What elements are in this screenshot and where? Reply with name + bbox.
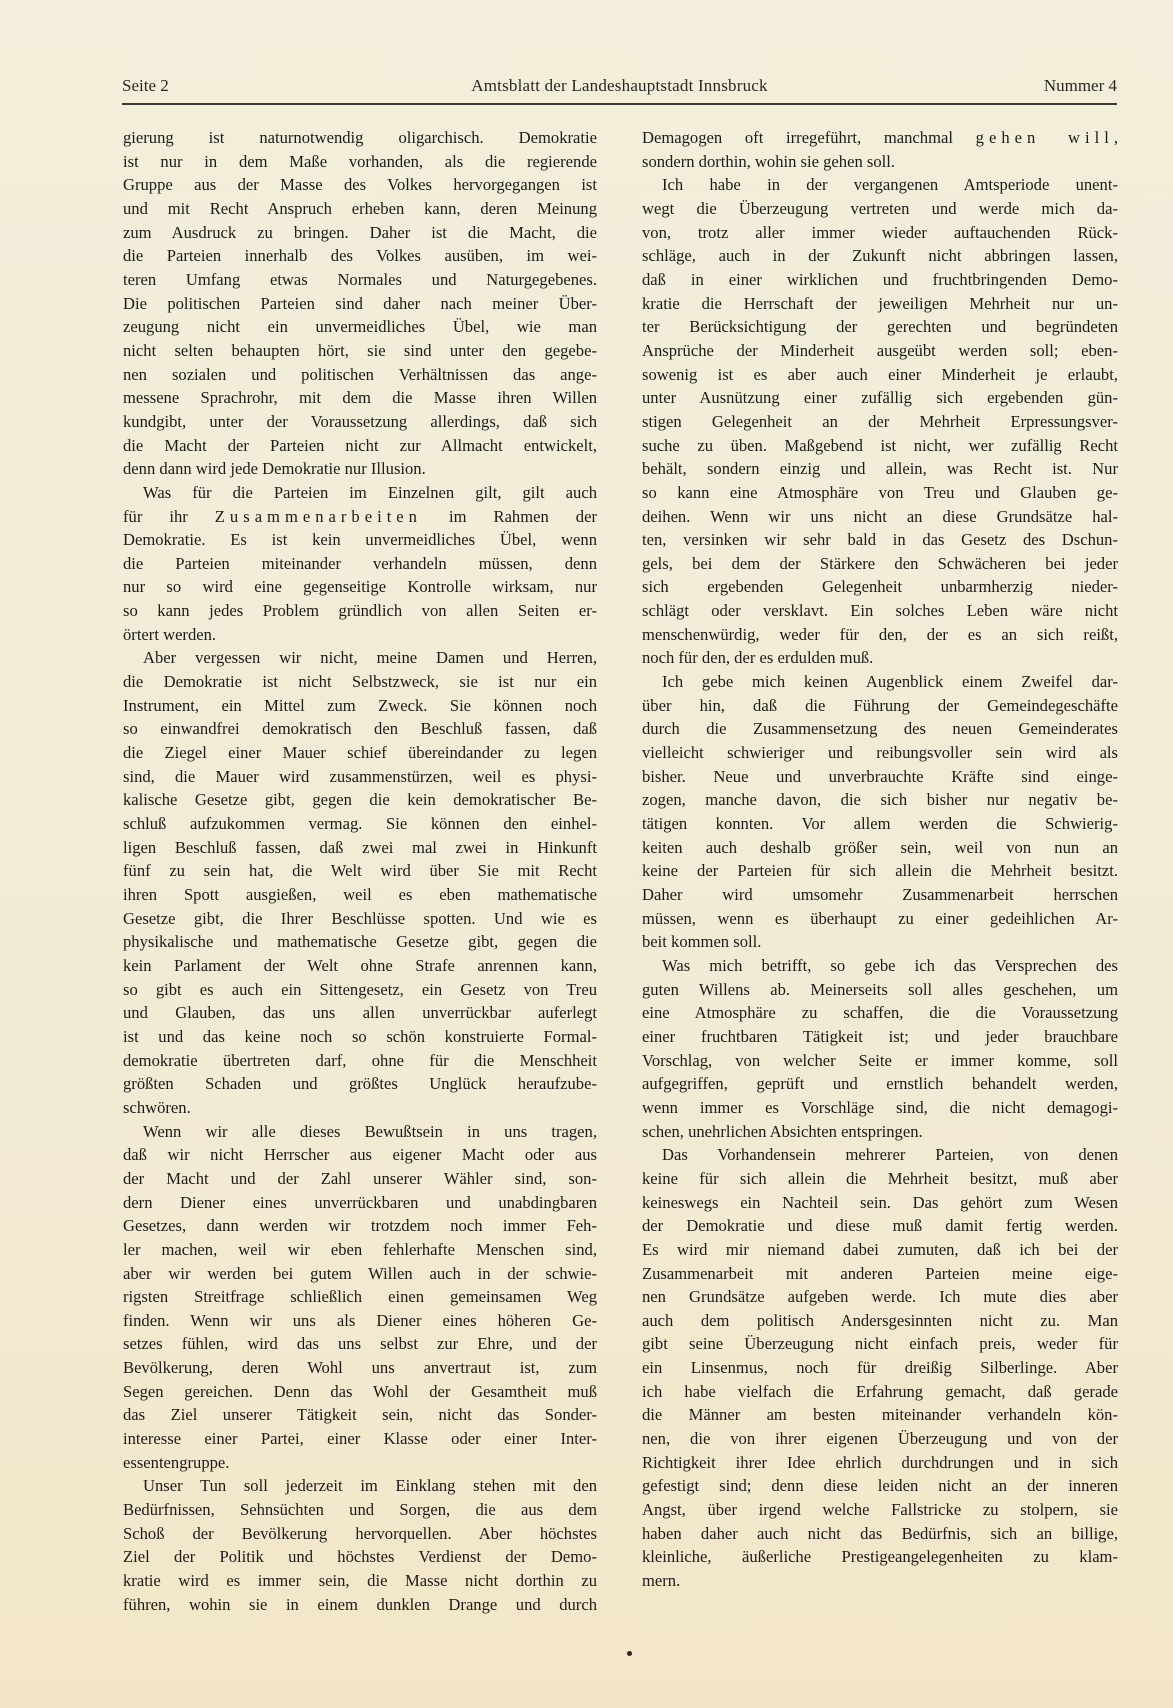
text-line: behält, sondern einzig und allein, was R… bbox=[642, 457, 1118, 481]
text-line: Wenn wir alle dieses Bewußtsein in uns t… bbox=[123, 1120, 597, 1144]
text-line: auch dem politisch Andersgesinnten nicht… bbox=[642, 1309, 1118, 1333]
text-line: ich habe vielfach die Erfahrung gemacht,… bbox=[642, 1380, 1118, 1404]
text-line: Was mich betrifft, so gebe ich das Versp… bbox=[642, 954, 1118, 978]
text-line: Die politischen Parteien sind daher nach… bbox=[123, 292, 597, 316]
text-line: Schoß der Bevölkerung hervorquellen. Abe… bbox=[123, 1522, 597, 1546]
text-line: guten Willens ab. Meinerseits soll alles… bbox=[642, 978, 1118, 1002]
text-line: zum Ausdruck zu bringen. Daher ist die M… bbox=[123, 221, 597, 245]
text-line: kratie die Herrschaft der jeweiligen Meh… bbox=[642, 292, 1118, 316]
text-line: noch für den, der es erdulden muß. bbox=[642, 646, 1118, 670]
text-line: schläge, auch in der Zukunft nicht abbri… bbox=[642, 244, 1118, 268]
text-line: kleinliche, äußerliche Prestigeangelegen… bbox=[642, 1545, 1118, 1569]
text-line: Gruppe aus der Masse des Volkes hervorge… bbox=[123, 173, 597, 197]
text-line: suche zu üben. Maßgebend ist nicht, wer … bbox=[642, 434, 1118, 458]
text-line: daß wir nicht Herrscher aus eigener Mach… bbox=[123, 1143, 597, 1167]
page-header: Seite 2 Amtsblatt der Landeshauptstadt I… bbox=[122, 72, 1117, 100]
text-line: Ansprüche der Minderheit ausgeübt werden… bbox=[642, 339, 1118, 363]
issue-number: Nummer 4 bbox=[1044, 76, 1117, 96]
text-line: Zusammenarbeit mit anderen Parteien mein… bbox=[642, 1262, 1118, 1286]
text-line: zogen, manche davon, die sich bisher nur… bbox=[642, 788, 1118, 812]
print-speck bbox=[627, 1651, 632, 1656]
text-line: fünf zu sein hat, die Welt wird über Sie… bbox=[123, 859, 597, 883]
text-line: demokratie übertreten darf, ohne für die… bbox=[123, 1049, 597, 1073]
text-line: die Macht der Parteien nicht zur Allmach… bbox=[123, 434, 597, 458]
text-line: teren Umfang etwas Normales und Naturgeg… bbox=[123, 268, 597, 292]
text-line: schluß aufzukommen vermag. Sie können de… bbox=[123, 812, 597, 836]
text-line: gierung ist naturnotwendig oligarchisch.… bbox=[123, 126, 597, 150]
text-line: ist nur in dem Maße vorhanden, als die r… bbox=[123, 150, 597, 174]
text-line: Bevölkerung, deren Wohl uns anvertraut i… bbox=[123, 1356, 597, 1380]
text-line: müssen, wenn es überhaupt zu einer gedei… bbox=[642, 907, 1118, 931]
text-line: ler machen, weil wir eben fehlerhafte Me… bbox=[123, 1238, 597, 1262]
text-line: nen sozialen und politischen Verhältniss… bbox=[123, 363, 597, 387]
header-rule bbox=[122, 103, 1117, 105]
text-line: Das Vorhandensein mehrerer Parteien, von… bbox=[642, 1143, 1118, 1167]
text-line: für ihr Zusammenarbeiten im Rahmen der bbox=[123, 505, 597, 529]
text-line: Aber vergessen wir nicht, meine Damen un… bbox=[123, 646, 597, 670]
text-line: keiten auch deshalb größer sein, weil vo… bbox=[642, 836, 1118, 860]
text-line: nicht selten behaupten hört, sie sind un… bbox=[123, 339, 597, 363]
text-line: gels, bei dem der Stärkere den Schwächer… bbox=[642, 552, 1118, 576]
text-line: der Macht und der Zahl unserer Wähler si… bbox=[123, 1167, 597, 1191]
text-line: nen Grundsätze aufgeben werde. Ich mute … bbox=[642, 1285, 1118, 1309]
text-line: setzes fühlen, wird das uns selbst zur E… bbox=[123, 1332, 597, 1356]
text-line: keine der Parteien für sich allein die M… bbox=[642, 859, 1118, 883]
text-line: menschenwürdig, weder für den, der es an… bbox=[642, 623, 1118, 647]
text-line: ligen Beschluß fassen, daß zwei mal zwei… bbox=[123, 836, 597, 860]
text-line: daß in einer wirklichen und fruchtbringe… bbox=[642, 268, 1118, 292]
text-line: Richtigkeit ihrer Idee ehrlich durchdrun… bbox=[642, 1451, 1118, 1475]
text-line: Gesetzes, dann werden wir trotzdem noch … bbox=[123, 1214, 597, 1238]
text-line: kundgibt, unter der Voraussetzung allerd… bbox=[123, 410, 597, 434]
text-line: physikalische und mathematische Gesetze … bbox=[123, 930, 597, 954]
text-line: Angst, über irgend welche Fallstricke zu… bbox=[642, 1498, 1118, 1522]
text-line: gefestigt sind; denn diese leiden nicht … bbox=[642, 1474, 1118, 1498]
text-line: essentengruppe. bbox=[123, 1451, 597, 1475]
text-line: die Parteien innerhalb des Volkes ausübe… bbox=[123, 244, 597, 268]
text-line: schlägt oder versklavt. Ein solches Lebe… bbox=[642, 599, 1118, 623]
text-line: dern Diener eines unverrückbaren und una… bbox=[123, 1191, 597, 1215]
text-segment: im Rahmen der bbox=[422, 507, 597, 526]
text-line: durch die Zusammensetzung des neuen Geme… bbox=[642, 717, 1118, 741]
text-line: kein Parlament der Welt ohne Strafe anre… bbox=[123, 954, 597, 978]
text-line: Gesetze gibt, die Ihrer Beschlüsse spott… bbox=[123, 907, 597, 931]
text-line: und Glauben, das uns allen unverrückbar … bbox=[123, 1001, 597, 1025]
publication-title: Amtsblatt der Landeshauptstadt Innsbruck bbox=[122, 76, 1117, 96]
text-line: aufgegriffen, geprüft und ernstlich beha… bbox=[642, 1072, 1118, 1096]
text-line: messene Sprachrohr, mit dem die Masse ih… bbox=[123, 386, 597, 410]
text-line: sind, die Mauer wird zusammenstürzen, we… bbox=[123, 765, 597, 789]
text-line: Segen gereichen. Denn das Wohl der Gesam… bbox=[123, 1380, 597, 1404]
text-line: interesse einer Partei, einer Klasse ode… bbox=[123, 1427, 597, 1451]
text-line: haben daher auch nicht das Bedürfnis, si… bbox=[642, 1522, 1118, 1546]
text-line: das Ziel unserer Tätigkeit sein, nicht d… bbox=[123, 1403, 597, 1427]
text-line: Ich habe in der vergangenen Amtsperiode … bbox=[642, 173, 1118, 197]
text-line: Ich gebe mich keinen Augenblick einem Zw… bbox=[642, 670, 1118, 694]
text-line: nen, die von ihrer eigenen Überzeugung u… bbox=[642, 1427, 1118, 1451]
text-line: führen, wohin sie in einem dunklen Drang… bbox=[123, 1593, 597, 1617]
text-line: wegt die Überzeugung vertreten und werde… bbox=[642, 197, 1118, 221]
text-line: Instrument, ein Mittel zum Zweck. Sie kö… bbox=[123, 694, 597, 718]
newspaper-page: Seite 2 Amtsblatt der Landeshauptstadt I… bbox=[0, 0, 1173, 1708]
text-line: bisher. Neue und unverbrauchte Kräfte si… bbox=[642, 765, 1118, 789]
text-line: so einwandfrei demokratisch den Beschluß… bbox=[123, 717, 597, 741]
text-segment: Demagogen oft irregeführt, manchmal bbox=[642, 128, 976, 147]
emphasized-text: Zusammenarbeiten bbox=[215, 507, 422, 526]
text-line: nur so wird eine gegenseitige Kontrolle … bbox=[123, 575, 597, 599]
text-line: Es wird mir niemand dabei zumuten, daß i… bbox=[642, 1238, 1118, 1262]
text-line: rigsten Streitfrage schließlich einen ge… bbox=[123, 1285, 597, 1309]
text-line: kratie wird es immer sein, die Masse nic… bbox=[123, 1569, 597, 1593]
text-line: der Demokratie und diese muß damit ferti… bbox=[642, 1214, 1118, 1238]
text-line: über hin, daß die Führung der Gemeindege… bbox=[642, 694, 1118, 718]
text-line: unter Ausnützung einer zufällig sich erg… bbox=[642, 386, 1118, 410]
text-line: Bedürfnissen, Sehnsüchten und Sorgen, di… bbox=[123, 1498, 597, 1522]
text-line: Unser Tun soll jederzeit im Einklang ste… bbox=[123, 1474, 597, 1498]
text-line: so kann jedes Problem gründlich von alle… bbox=[123, 599, 597, 623]
text-line: sowenig ist es aber auch einer Minderhei… bbox=[642, 363, 1118, 387]
text-line: eine Atmosphäre zu schaffen, die die Vor… bbox=[642, 1001, 1118, 1025]
text-line: denn dann wird jede Demokratie nur Illus… bbox=[123, 457, 597, 481]
text-line: ter Berücksichtigung der gerechten und b… bbox=[642, 315, 1118, 339]
text-line: schen, unehrlichen Absichten entspringen… bbox=[642, 1120, 1118, 1144]
text-line: die Parteien miteinander verhandeln müss… bbox=[123, 552, 597, 576]
left-text-column: gierung ist naturnotwendig oligarchisch.… bbox=[123, 126, 597, 1616]
text-line: und mit Recht Anspruch erheben kann, der… bbox=[123, 197, 597, 221]
text-line: örtert werden. bbox=[123, 623, 597, 647]
text-line: ein Linsenmus, noch für dreißig Silberli… bbox=[642, 1356, 1118, 1380]
text-line: die Männer am besten miteinander verhand… bbox=[642, 1403, 1118, 1427]
text-line: Demokratie. Es ist kein unvermeidliches … bbox=[123, 528, 597, 552]
text-line: sich ergebenden Gelegenheit unbarmherzig… bbox=[642, 575, 1118, 599]
text-line: wenn immer es Vorschläge sind, die nicht… bbox=[642, 1096, 1118, 1120]
text-line: stigen Gelegenheit an der Mehrheit Erpre… bbox=[642, 410, 1118, 434]
text-line: sondern dorthin, wohin sie gehen soll. bbox=[642, 150, 1118, 174]
text-line: einer fruchtbaren Tätigkeit ist; und jed… bbox=[642, 1025, 1118, 1049]
text-line: größten Schaden und größtes Unglück hera… bbox=[123, 1072, 597, 1096]
text-line: gibt seine Überzeugung nicht einfach pre… bbox=[642, 1332, 1118, 1356]
text-line: Demagogen oft irregeführt, manchmal gehe… bbox=[642, 126, 1118, 150]
text-line: Was für die Parteien im Einzelnen gilt, … bbox=[123, 481, 597, 505]
text-line: so kann eine Atmosphäre von Treu und Gla… bbox=[642, 481, 1118, 505]
text-line: ist und das keine noch so schön konstrui… bbox=[123, 1025, 597, 1049]
text-line: finden. Wenn wir uns als Diener eines hö… bbox=[123, 1309, 597, 1333]
text-segment: , bbox=[1114, 128, 1118, 147]
text-line: kalische Gesetze gibt, gegen die kein de… bbox=[123, 788, 597, 812]
text-line: schwören. bbox=[123, 1096, 597, 1120]
right-text-column: Demagogen oft irregeführt, manchmal gehe… bbox=[642, 126, 1118, 1593]
text-line: vielleicht schwieriger und reibungsvolle… bbox=[642, 741, 1118, 765]
text-line: die Ziegel einer Mauer schief übereindan… bbox=[123, 741, 597, 765]
text-line: ihren Spott ausgießen, weil es eben math… bbox=[123, 883, 597, 907]
text-line: Vorschlag, von welcher Seite er immer ko… bbox=[642, 1049, 1118, 1073]
text-line: von, trotz aller immer wieder auftauchen… bbox=[642, 221, 1118, 245]
text-line: Ziel der Politik und höchstes Verdienst … bbox=[123, 1545, 597, 1569]
text-line: zeugung nicht ein unvermeidliches Übel, … bbox=[123, 315, 597, 339]
text-line: Daher wird umsomehr Zusammenarbeit herrs… bbox=[642, 883, 1118, 907]
text-segment: für ihr bbox=[123, 507, 215, 526]
text-line: deihen. Wenn wir uns nicht an diese Grun… bbox=[642, 505, 1118, 529]
emphasized-text: gehen will bbox=[976, 128, 1114, 147]
text-line: die Demokratie ist nicht Selbstzweck, si… bbox=[123, 670, 597, 694]
text-line: tätigen konnten. Vor allem werden die Sc… bbox=[642, 812, 1118, 836]
text-line: ten, versinken wir sehr bald in das Gese… bbox=[642, 528, 1118, 552]
text-line: aber wir werden bei gutem Willen auch in… bbox=[123, 1262, 597, 1286]
text-line: mern. bbox=[642, 1569, 1118, 1593]
text-line: beit kommen soll. bbox=[642, 930, 1118, 954]
text-line: keineswegs ein Nachteil sein. Das gehört… bbox=[642, 1191, 1118, 1215]
text-line: so gibt es auch ein Sittengesetz, ein Ge… bbox=[123, 978, 597, 1002]
text-line: keine für sich allein die Mehrheit besit… bbox=[642, 1167, 1118, 1191]
